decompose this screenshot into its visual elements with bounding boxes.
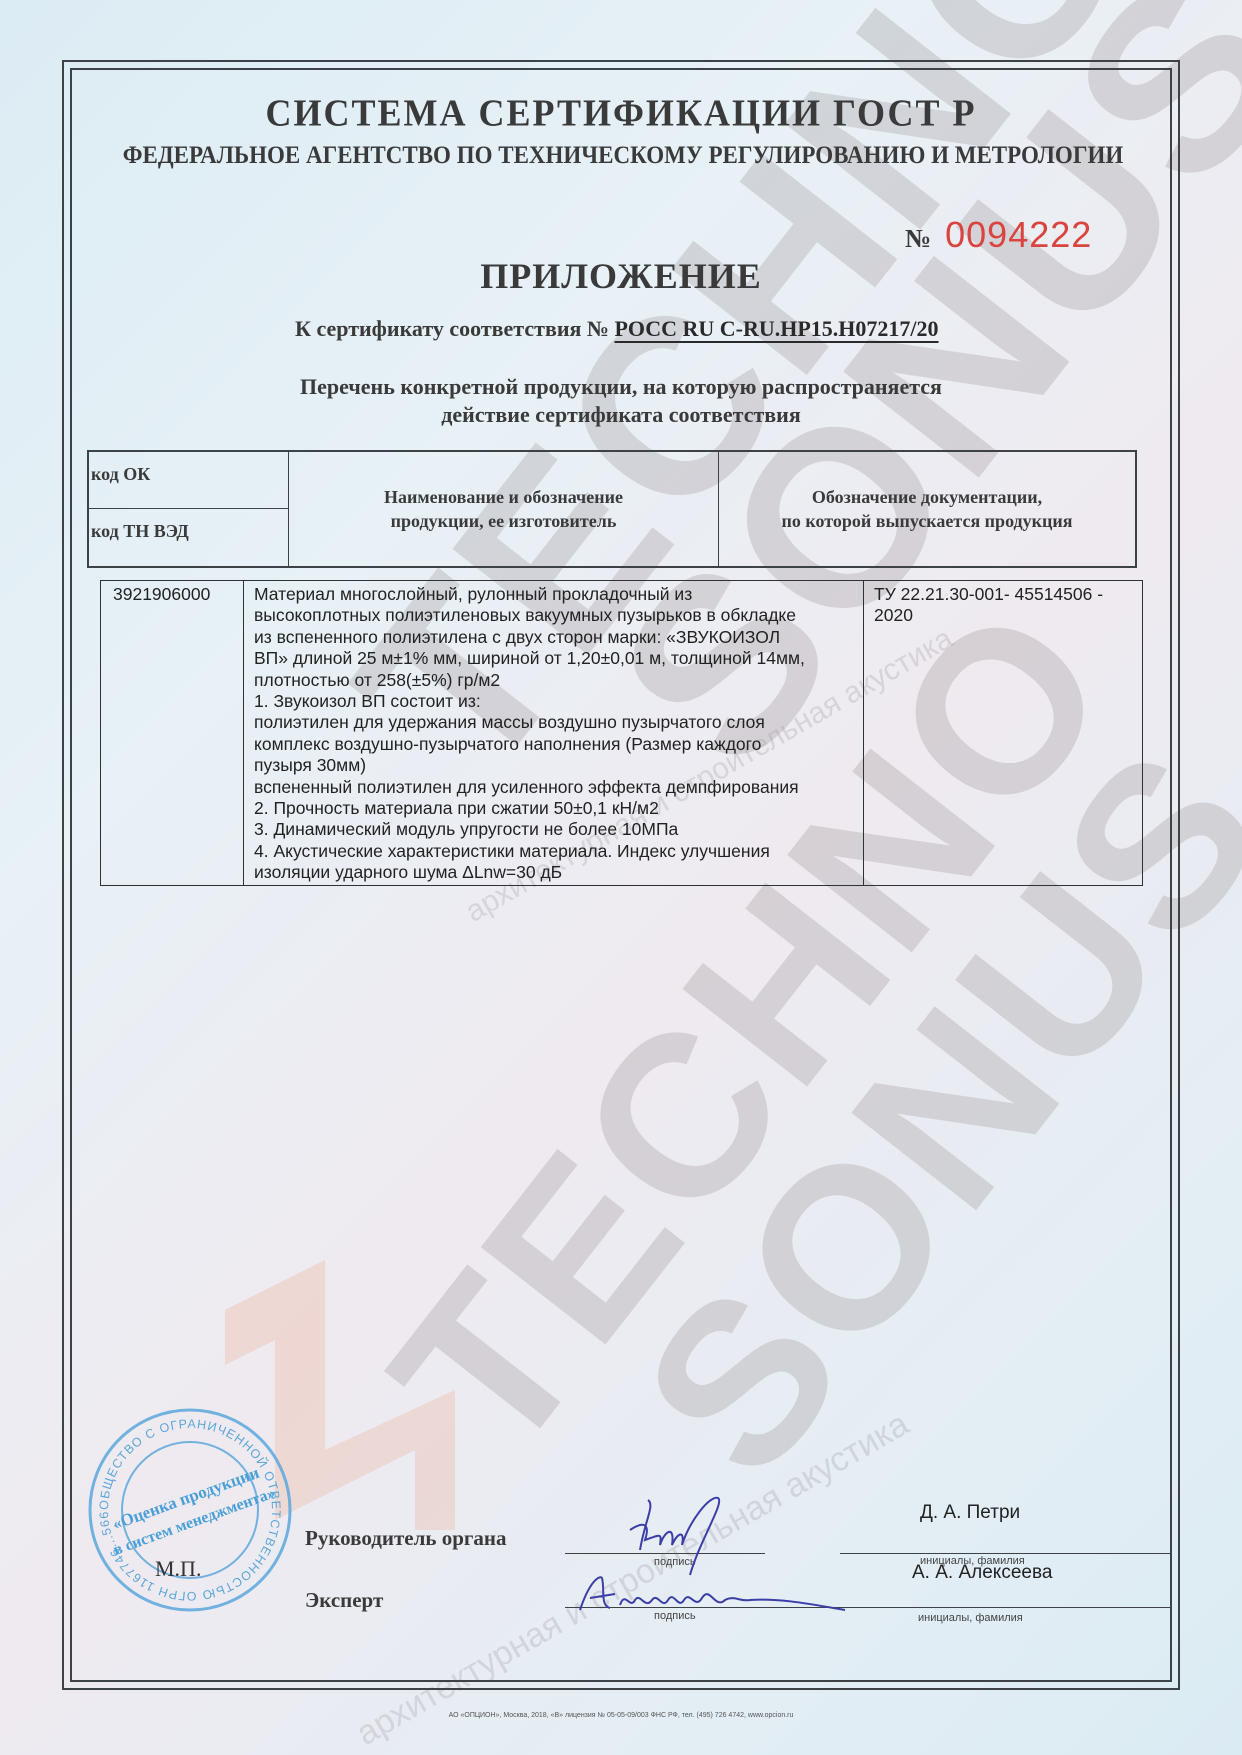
expert-label: Эксперт — [305, 1588, 383, 1613]
head-name-line — [840, 1553, 1170, 1554]
description-line: из вспененного полиэтилена с двух сторон… — [254, 627, 863, 648]
documentation-column-header: Обозначение документации, по которой вып… — [719, 452, 1135, 566]
appendix-title: ПРИЛОЖЕНИЕ — [0, 255, 1242, 297]
description-line: комплекс воздушно-пузырчатого наполнения… — [254, 734, 863, 755]
description-line: изоляции ударного шума ΔLnw=30 дБ — [254, 862, 863, 883]
code-ok-label: код ОК — [89, 452, 288, 509]
doc-header-line2: по которой выпускается продукция — [781, 509, 1072, 533]
product-header-line2: продукции, ее изготовитель — [384, 509, 623, 533]
description-line: плотностью от 258(±5%) гр/м2 — [254, 670, 863, 691]
seal-label: М.П. — [155, 1556, 201, 1582]
head-label: Руководитель органа — [305, 1526, 507, 1551]
list-title-line2: действие сертификата соответствия — [0, 401, 1242, 429]
description-line: ВП» длиной 25 м±1% мм, шириной от 1,20±0… — [254, 648, 863, 669]
table-header: код ОК код ТН ВЭД Наименование и обознач… — [87, 450, 1137, 568]
product-column-header: Наименование и обозначение продукции, ее… — [289, 452, 719, 566]
expert-name-caption: инициалы, фамилия — [918, 1612, 1023, 1624]
description-line: высокоплотных полиэтиленовых вакуумных п… — [254, 605, 863, 626]
code-column-header: код ОК код ТН ВЭД — [89, 452, 289, 566]
product-code: 3921906000 — [101, 581, 244, 885]
description-line: полиэтилен для удержания массы воздушно … — [254, 712, 863, 733]
agency-title: ФЕДЕРАЛЬНОЕ АГЕНТСТВО ПО ТЕХНИЧЕСКОМУ РЕ… — [122, 142, 1125, 170]
product-description: Материал многослойный, рулонный прокладо… — [244, 581, 864, 885]
expert-signature — [570, 1570, 860, 1620]
product-header-line1: Наименование и обозначение — [384, 485, 623, 509]
expert-name: А. А. Алексеева — [912, 1562, 1052, 1584]
certificate-prefix: К сертификату соответствия № — [295, 316, 609, 341]
system-title: СИСТЕМА СЕРТИФИКАЦИИ ГОСТ Р — [0, 91, 1242, 135]
form-number: №0094222 — [905, 214, 1092, 256]
product-documentation: ТУ 22.21.30-001- 45514506 - 2020 — [864, 581, 1142, 885]
description-line: 4. Акустические характеристики материала… — [254, 841, 863, 862]
description-line: 2. Прочность материала при сжатии 50±0,1… — [254, 798, 863, 819]
table-row: 3921906000 Материал многослойный, рулонн… — [100, 580, 1143, 886]
printer-imprint: АО «ОПЦИОН», Москва, 2018, «В» лицензия … — [0, 1712, 1242, 1719]
code-tnved-label: код ТН ВЭД — [89, 509, 288, 566]
certificate-number: РОСС RU С-RU.НР15.Н07217/20 — [615, 316, 939, 341]
list-title-line1: Перечень конкретной продукции, на котору… — [0, 373, 1242, 401]
number-symbol: № — [905, 224, 931, 253]
description-line: пузыря 30мм) — [254, 755, 863, 776]
description-line: 1. Звукоизол ВП состоит из: — [254, 691, 863, 712]
head-signature — [600, 1490, 740, 1580]
head-name: Д. А. Петри — [920, 1502, 1020, 1524]
organization-stamp: ОБЩЕСТВО С ОГРАНИЧЕННОЙ ОТВЕТСТВЕННОСТЬЮ… — [85, 1405, 295, 1615]
form-number-value: 0094222 — [945, 214, 1092, 255]
description-line: Материал многослойный, рулонный прокладо… — [254, 584, 863, 605]
list-title: Перечень конкретной продукции, на котору… — [0, 373, 1242, 429]
certificate-reference: К сертификату соответствия № РОСС RU С-R… — [295, 316, 939, 342]
doc-header-line1: Обозначение документации, — [781, 485, 1072, 509]
description-line: 3. Динамический модуль упругости не боле… — [254, 819, 863, 840]
description-line: вспененный полиэтилен для усиленного эфф… — [254, 777, 863, 798]
